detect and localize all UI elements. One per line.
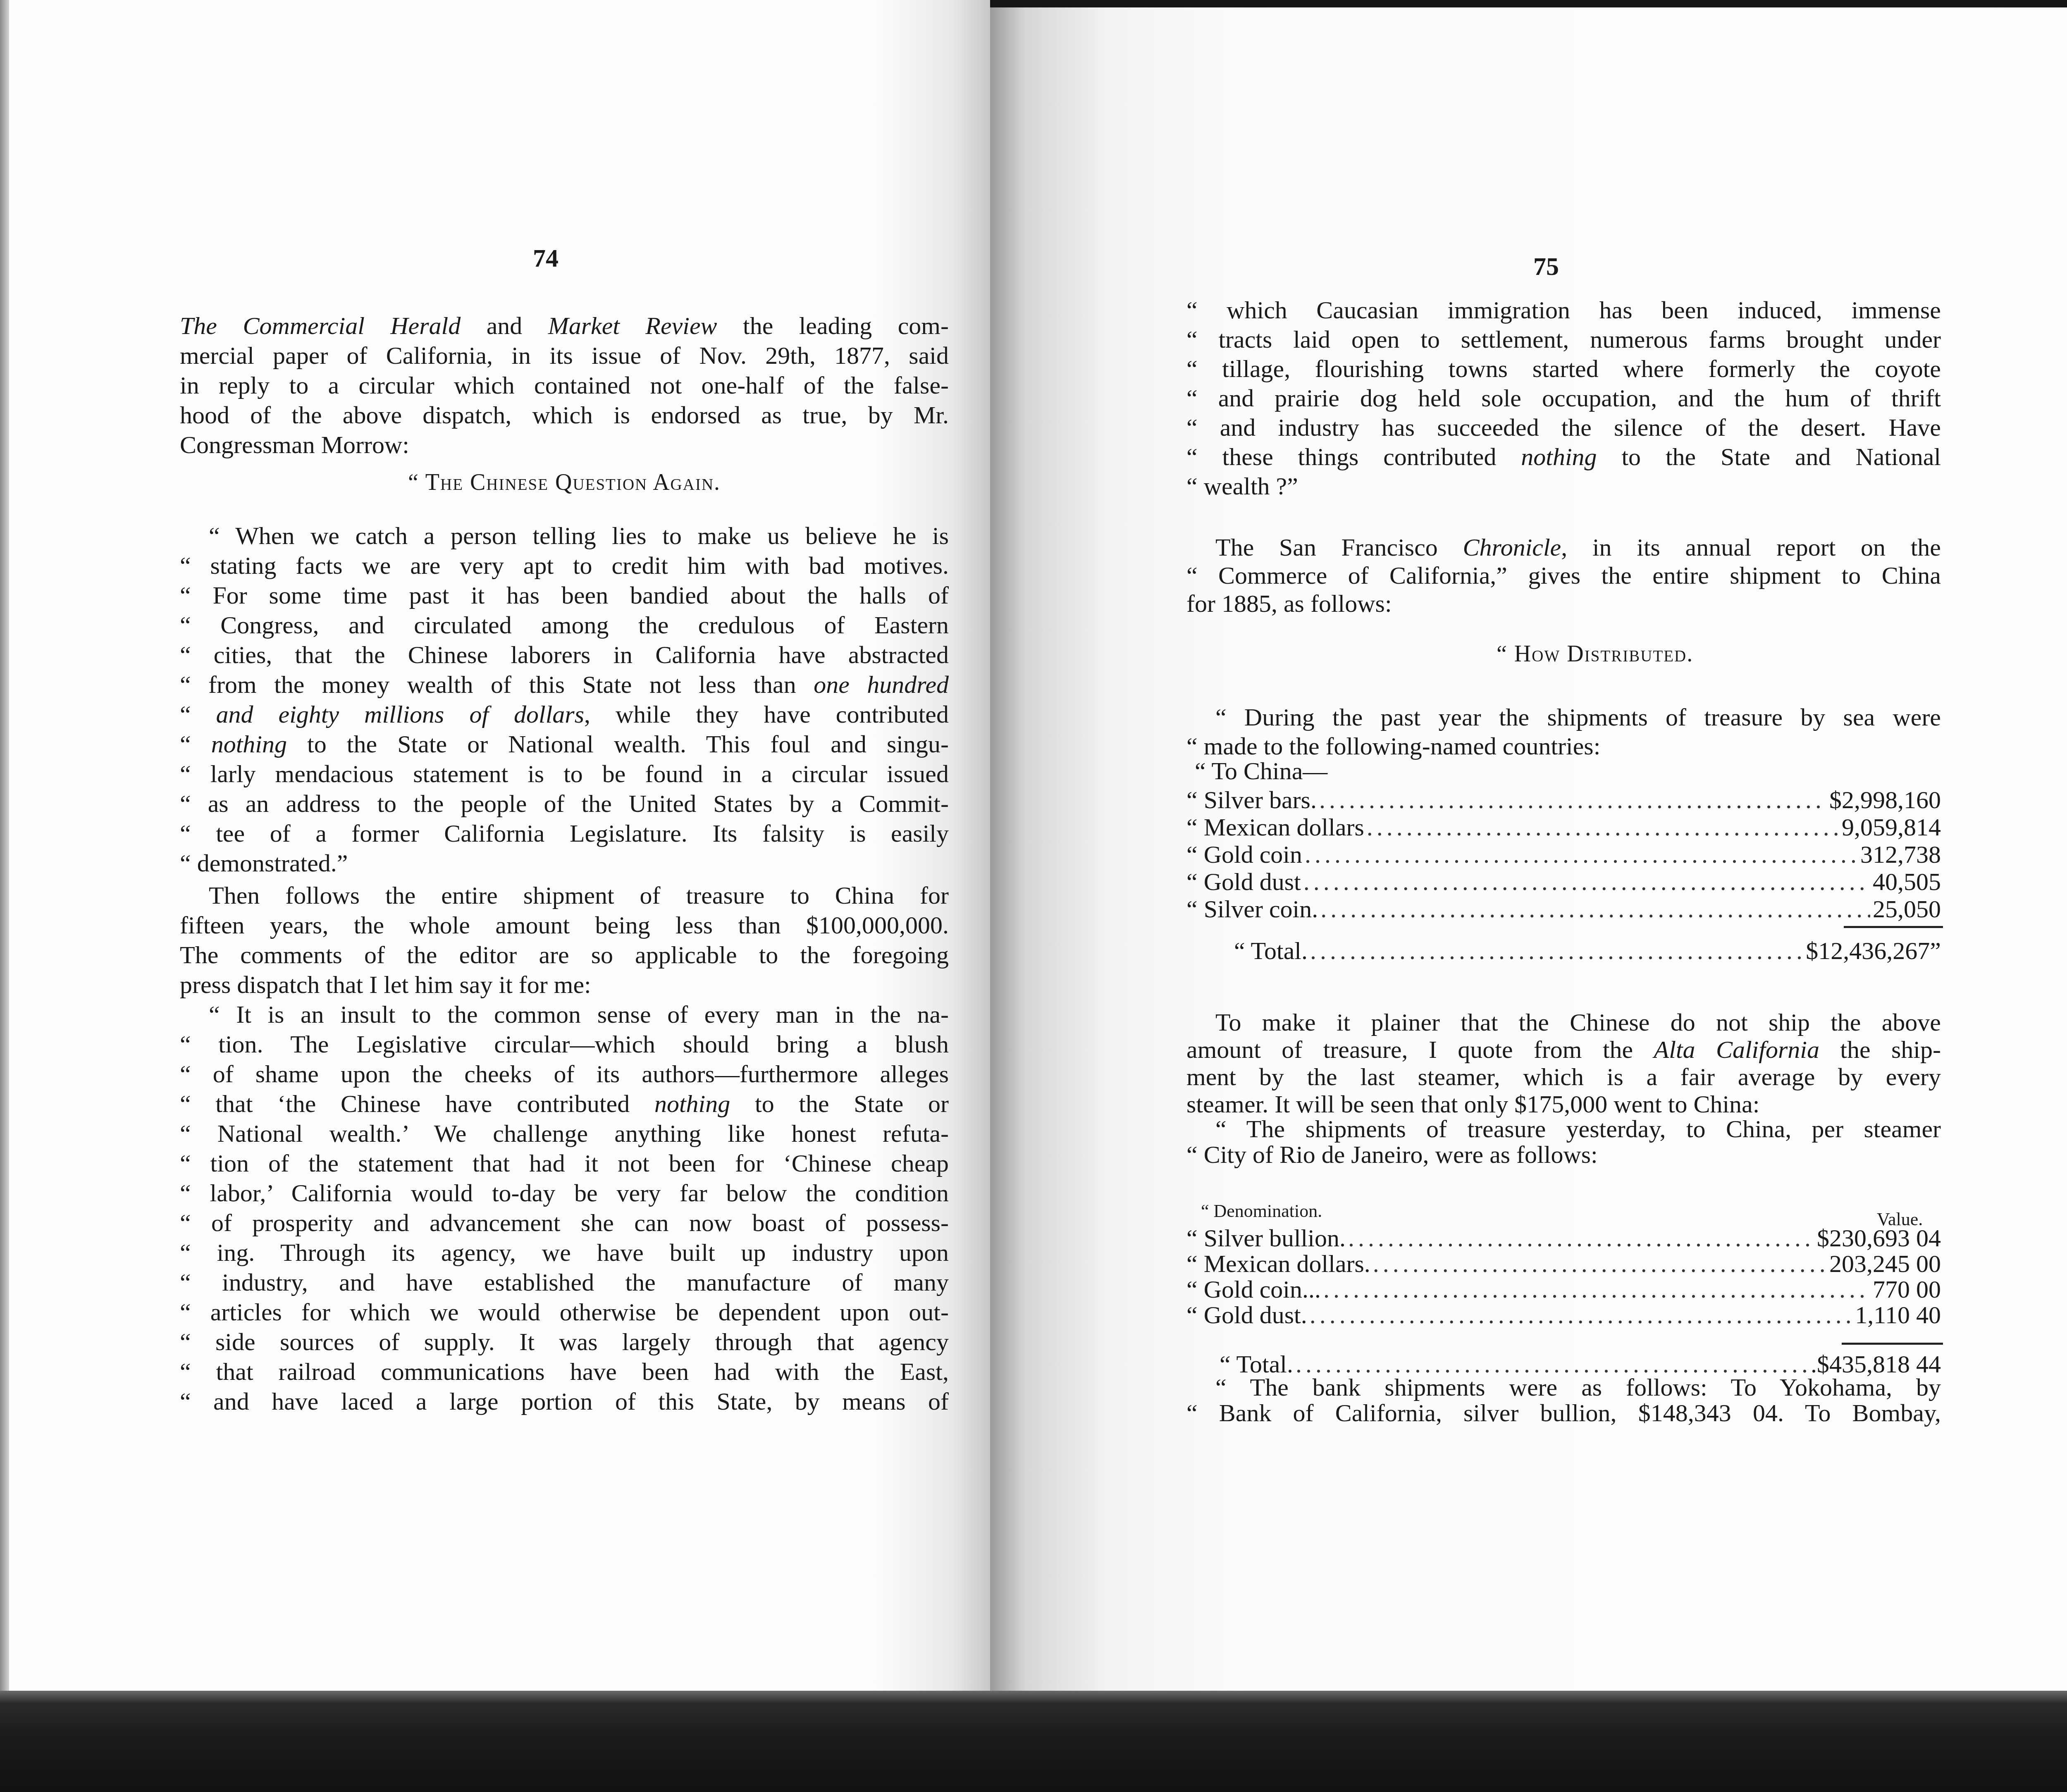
text-line: “ tion of the statement that had it not …	[180, 1148, 949, 1178]
text-line: “ and industry has succeeded the silence…	[1186, 413, 1941, 442]
text-line: “ tion. The Legislative circular—which s…	[180, 1029, 949, 1059]
text-line: “ articles for which we would otherwise …	[180, 1297, 949, 1327]
text-line: “ ing. Through its agency, we have built…	[180, 1238, 949, 1267]
text-line: “ Congress, and circulated among the cre…	[180, 610, 949, 640]
section-heading-chinese-question: “ The Chinese Question Again.	[180, 469, 949, 496]
row-value: $2,998,160	[1829, 785, 1941, 814]
text-line: To make it plainer that the Chinese do n…	[1215, 1009, 1941, 1036]
leader-dots: ........................................…	[1310, 1300, 1853, 1329]
page-number-left: 74	[504, 244, 587, 273]
row-value: 203,245 00	[1829, 1249, 1941, 1278]
text-line: “ and eighty millions of dollars, while …	[180, 699, 949, 729]
text-line: “ National wealth.’ We challenge anythin…	[180, 1119, 949, 1148]
text-line: “ The shipments of treasure yesterday, t…	[1215, 1116, 1941, 1142]
row-label: “ Silver bullion.	[1186, 1224, 1346, 1253]
text-line: for 1885, as follows:	[1186, 589, 1941, 618]
row-value: 9,059,814	[1842, 813, 1941, 842]
leader-dots: ........................................…	[1305, 840, 1858, 869]
text-line: hood of the above dispatch, which is end…	[180, 400, 949, 430]
row-label: “ Gold coin	[1186, 840, 1302, 869]
text-line: The San Francisco Chronicle, in its annu…	[1215, 533, 1941, 561]
text-line: “ industry, and have established the man…	[180, 1267, 949, 1297]
text-line: The Commercial Herald and Market Review …	[180, 311, 949, 341]
text-line: “ tracts laid open to settlement, numero…	[1186, 325, 1941, 354]
text-line: “ and prairie dog held sole occupation, …	[1186, 384, 1941, 413]
row-value: 1,110 40	[1855, 1300, 1941, 1329]
table-row: “ Silver bars...........................…	[1186, 785, 1941, 814]
row-label: “ Mexican dollars.	[1186, 1249, 1370, 1278]
table-row: “ Mexican dollars.......................…	[1186, 1249, 1941, 1278]
table1-total-row: “ Total. ...............................…	[1234, 936, 1941, 965]
text-line: “ stating facts we are very apt to credi…	[180, 551, 949, 580]
text-line: “ Commerce of California,” gives the ent…	[1186, 561, 1941, 589]
text-line: “ The bank shipments were as follows: To…	[1215, 1374, 1941, 1400]
text-line: “ It is an insult to the common sense of…	[209, 1000, 949, 1029]
text-line: “ of prosperity and advancement she can …	[180, 1208, 949, 1238]
leader-dots: ........................................…	[1323, 1275, 1870, 1304]
page-number-right: 75	[1505, 252, 1587, 282]
text-line: “ For some time past it has been bandied…	[180, 580, 949, 610]
row-value: 40,505	[1873, 867, 1941, 896]
text-line: “ and have laced a large portion of this…	[180, 1386, 949, 1416]
row-value: $230,693 04	[1817, 1224, 1941, 1253]
row-value: 770 00	[1873, 1275, 1941, 1304]
text-line: “ side sources of supply. It was largely…	[180, 1327, 949, 1357]
text-line: mercial paper of California, in its issu…	[180, 341, 949, 370]
book-cover-top-edge	[990, 0, 2067, 7]
text-line: “ that railroad communications have been…	[180, 1357, 949, 1386]
section-heading-how-distributed: “ How Distributed.	[1497, 641, 1693, 667]
table-row: “ Mexican dollars.......................…	[1186, 813, 1941, 842]
text-line: “ as an address to the people of the Uni…	[180, 789, 949, 818]
text-line: “ When we catch a person telling lies to…	[209, 521, 949, 551]
table-row: “ Gold coin.............................…	[1186, 840, 1941, 869]
text-line: “ larly mendacious statement is to be fo…	[180, 759, 949, 789]
text-line: The comments of the editor are so applic…	[180, 940, 949, 970]
text-line: in reply to a circular which contained n…	[180, 370, 949, 400]
text-line: amount of treasure, I quote from the Alt…	[1186, 1036, 1941, 1063]
text-line: “ from the money wealth of this State no…	[180, 670, 949, 699]
row-label: “ Gold dust	[1186, 867, 1301, 896]
row-label: “ Gold coin...	[1186, 1275, 1321, 1304]
total-rule-2	[1842, 1343, 1943, 1345]
text-line: “ wealth ?”	[1186, 472, 1941, 501]
text-line: ment by the last steamer, which is a fai…	[1186, 1063, 1941, 1090]
text-line: Congressman Morrow:	[180, 430, 949, 460]
text-line: fifteen years, the whole amount being le…	[180, 910, 949, 940]
text-line: steamer. It will be seen that only $175,…	[1186, 1090, 1941, 1118]
text-line: “ made to the following-named countries:	[1186, 732, 1941, 761]
to-china-label: “ To China—	[1195, 756, 1327, 785]
text-line: “ City of Rio de Janeiro, were as follow…	[1186, 1142, 1941, 1167]
row-value: 25,050	[1873, 895, 1941, 923]
row-label: “ Silver bars.	[1186, 785, 1317, 814]
row-value: 312,738	[1860, 840, 1941, 869]
text-line: Then follows the entire shipment of trea…	[209, 880, 949, 910]
table-row: “ Silver bullion........................…	[1186, 1224, 1941, 1253]
text-line: “ tillage, flourishing towns started whe…	[1186, 354, 1941, 384]
text-line: “ these things contributed nothing to th…	[1186, 442, 1941, 472]
row-label: “ Mexican dollars	[1186, 813, 1364, 842]
row-label: “ Silver coin.	[1186, 895, 1318, 923]
text-line: “ which Caucasian immigration has been i…	[1186, 296, 1941, 325]
leader-dots: ........................................…	[1348, 1224, 1814, 1253]
text-line: “ labor,’ California would to-day be ver…	[180, 1178, 949, 1208]
text-line: “ cities, that the Chinese laborers in C…	[180, 640, 949, 670]
table-row: “ Silver coin...........................…	[1186, 895, 1941, 923]
text-line: “ During the past year the shipments of …	[1215, 703, 1941, 732]
page-edge-left	[0, 0, 9, 1691]
text-line: press dispatch that I let him say it for…	[180, 970, 949, 1000]
leader-dots: ........................................…	[1303, 867, 1870, 896]
text-line: “ of shame upon the cheeks of its author…	[180, 1059, 949, 1089]
leader-dots: ........................................…	[1367, 813, 1839, 842]
table-row: “ Gold coin.............................…	[1186, 1275, 1941, 1304]
book-cover-bottom-edge	[0, 1691, 2067, 1792]
text-line: “ demonstrated.”	[180, 848, 949, 878]
text-line: “ tee of a former California Legislature…	[180, 818, 949, 848]
leader-dots: ........................................…	[1319, 785, 1827, 814]
text-line: “ that ‘the Chinese have contributed not…	[180, 1089, 949, 1119]
leader-dots: ........................................…	[1310, 936, 1803, 965]
total-rule-1	[1844, 926, 1943, 928]
table-row: “ Gold dust.............................…	[1186, 867, 1941, 896]
table-row: “ Gold dust.............................…	[1186, 1300, 1941, 1329]
row-label: “ Gold dust.	[1186, 1300, 1307, 1329]
leader-dots: ........................................…	[1320, 895, 1870, 923]
text-line: “ nothing to the State or National wealt…	[180, 729, 949, 759]
column-header-denomination: “ Denomination.	[1201, 1197, 1322, 1226]
text-line: “ Bank of California, silver bullion, $1…	[1186, 1400, 1941, 1426]
leader-dots: ........................................…	[1373, 1249, 1827, 1278]
